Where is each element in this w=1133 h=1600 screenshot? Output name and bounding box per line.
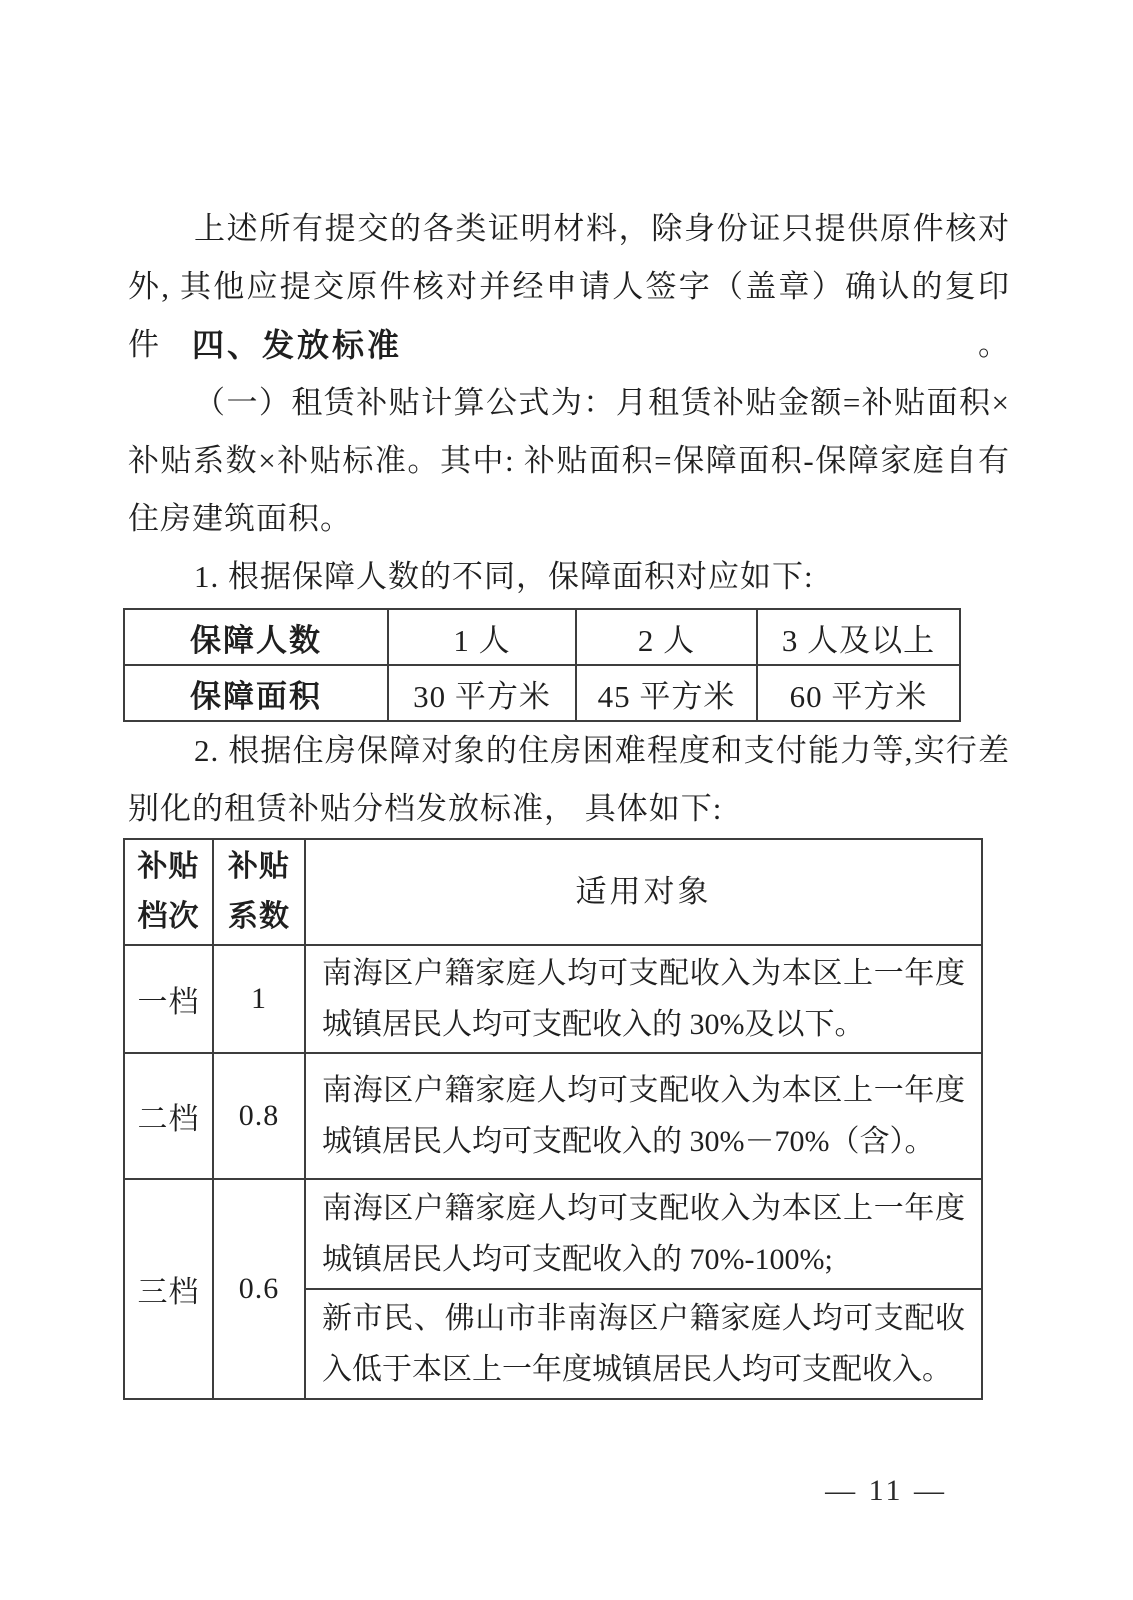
header-tier-line-2: 档次 [126,892,211,942]
tier-3-description-b-line-2: 入低于本区上一年度城镇居民人均可支配收入。 [322,1344,965,1395]
header-coefficient: 补贴 系数 [213,839,305,945]
table-row-tier-3: 三档 0.6 南海区户籍家庭人均可支配收入为本区上一年度 城镇居民人均可支配收入… [124,1179,982,1289]
cell-persons-3plus: 3 人及以上 [757,609,960,665]
row-header-area: 保障面积 [124,665,388,721]
table-row-tier-2: 二档 0.8 南海区户籍家庭人均可支配收入为本区上一年度 城镇居民人均可支配收入… [124,1053,982,1179]
tier-2-description: 南海区户籍家庭人均可支配收入为本区上一年度 城镇居民人均可支配收入的 30%－7… [305,1053,982,1179]
tier-3-description-a: 南海区户籍家庭人均可支配收入为本区上一年度 城镇居民人均可支配收入的 70%-1… [305,1179,982,1289]
paragraph-2-line-2: 补贴系数×补贴标准。其中: 补贴面积=保障面积-保障家庭自有 [128,432,1010,490]
paragraph-1-line-1: 上述所有提交的各类证明材料，除身份证只提供原件核对 [128,200,1010,258]
cell-area-45: 45 平方米 [576,665,757,721]
guaranteed-area-table: 保障人数 1 人 2 人 3 人及以上 保障面积 30 平方米 45 平方米 6… [123,608,961,722]
tier-1-description-line-2: 城镇居民人均可支配收入的 30%及以下。 [322,999,965,1050]
paragraph-3-line-1: 2. 根据住房保障对象的住房困难程度和支付能力等,实行差 [128,722,1010,780]
tier-3-label: 三档 [124,1179,213,1399]
table-row: 保障人数 1 人 2 人 3 人及以上 [124,609,960,665]
table-header-row: 补贴 档次 补贴 系数 适用对象 [124,839,982,945]
tier-1-label: 一档 [124,945,213,1053]
cell-persons-2: 2 人 [576,609,757,665]
cell-persons-1: 1 人 [388,609,576,665]
header-coefficient-line-2: 系数 [215,892,303,942]
subsidy-tier-table: 补贴 档次 补贴 系数 适用对象 一档 1 南海区户籍家庭人均可支配收入为本区上… [123,838,983,1400]
list-item-1: 1. 根据保障人数的不同，保障面积对应如下: [128,548,1010,606]
header-coefficient-line-1: 补贴 [215,842,303,892]
header-tier-line-1: 补贴 [126,842,211,892]
tier-1-coefficient: 1 [213,945,305,1053]
tier-3-description-b-line-1: 新市民、佛山市非南海区户籍家庭人均可支配收 [322,1293,965,1344]
tier-2-description-line-2: 城镇居民人均可支配收入的 30%－70%（含）。 [322,1116,965,1167]
paragraph-1-line-2: 外, 其他应提交原件核对并经申请人签字（盖章）确认的复印件。 [128,258,1010,316]
tier-3-coefficient: 0.6 [213,1179,305,1399]
tier-3-description-a-line-1: 南海区户籍家庭人均可支配收入为本区上一年度 [322,1183,965,1234]
tier-3-description-b: 新市民、佛山市非南海区户籍家庭人均可支配收 入低于本区上一年度城镇居民人均可支配… [305,1289,982,1399]
paragraph-2-line-3: 住房建筑面积。 [128,490,1010,548]
row-header-persons: 保障人数 [124,609,388,665]
page-number: — 11 — [825,1462,947,1520]
header-applicable-target: 适用对象 [305,839,982,945]
cell-area-60: 60 平方米 [757,665,960,721]
cell-area-30: 30 平方米 [388,665,576,721]
tier-2-label: 二档 [124,1053,213,1179]
table-row-tier-1: 一档 1 南海区户籍家庭人均可支配收入为本区上一年度 城镇居民人均可支配收入的 … [124,945,982,1053]
tier-1-description: 南海区户籍家庭人均可支配收入为本区上一年度 城镇居民人均可支配收入的 30%及以… [305,945,982,1053]
tier-2-description-line-1: 南海区户籍家庭人均可支配收入为本区上一年度 [322,1065,965,1116]
tier-1-description-line-1: 南海区户籍家庭人均可支配收入为本区上一年度 [322,948,965,999]
tier-3-description-a-line-2: 城镇居民人均可支配收入的 70%-100%; [322,1234,965,1285]
document-page: 上述所有提交的各类证明材料，除身份证只提供原件核对 外, 其他应提交原件核对并经… [0,0,1133,1600]
paragraph-2-line-1: （一）租赁补贴计算公式为：月租赁补贴金额=补贴面积× [128,374,1010,432]
table-row: 保障面积 30 平方米 45 平方米 60 平方米 [124,665,960,721]
tier-2-coefficient: 0.8 [213,1053,305,1179]
paragraph-3-line-2: 别化的租赁补贴分档发放标准， 具体如下: [128,780,1010,838]
header-tier: 补贴 档次 [124,839,213,945]
